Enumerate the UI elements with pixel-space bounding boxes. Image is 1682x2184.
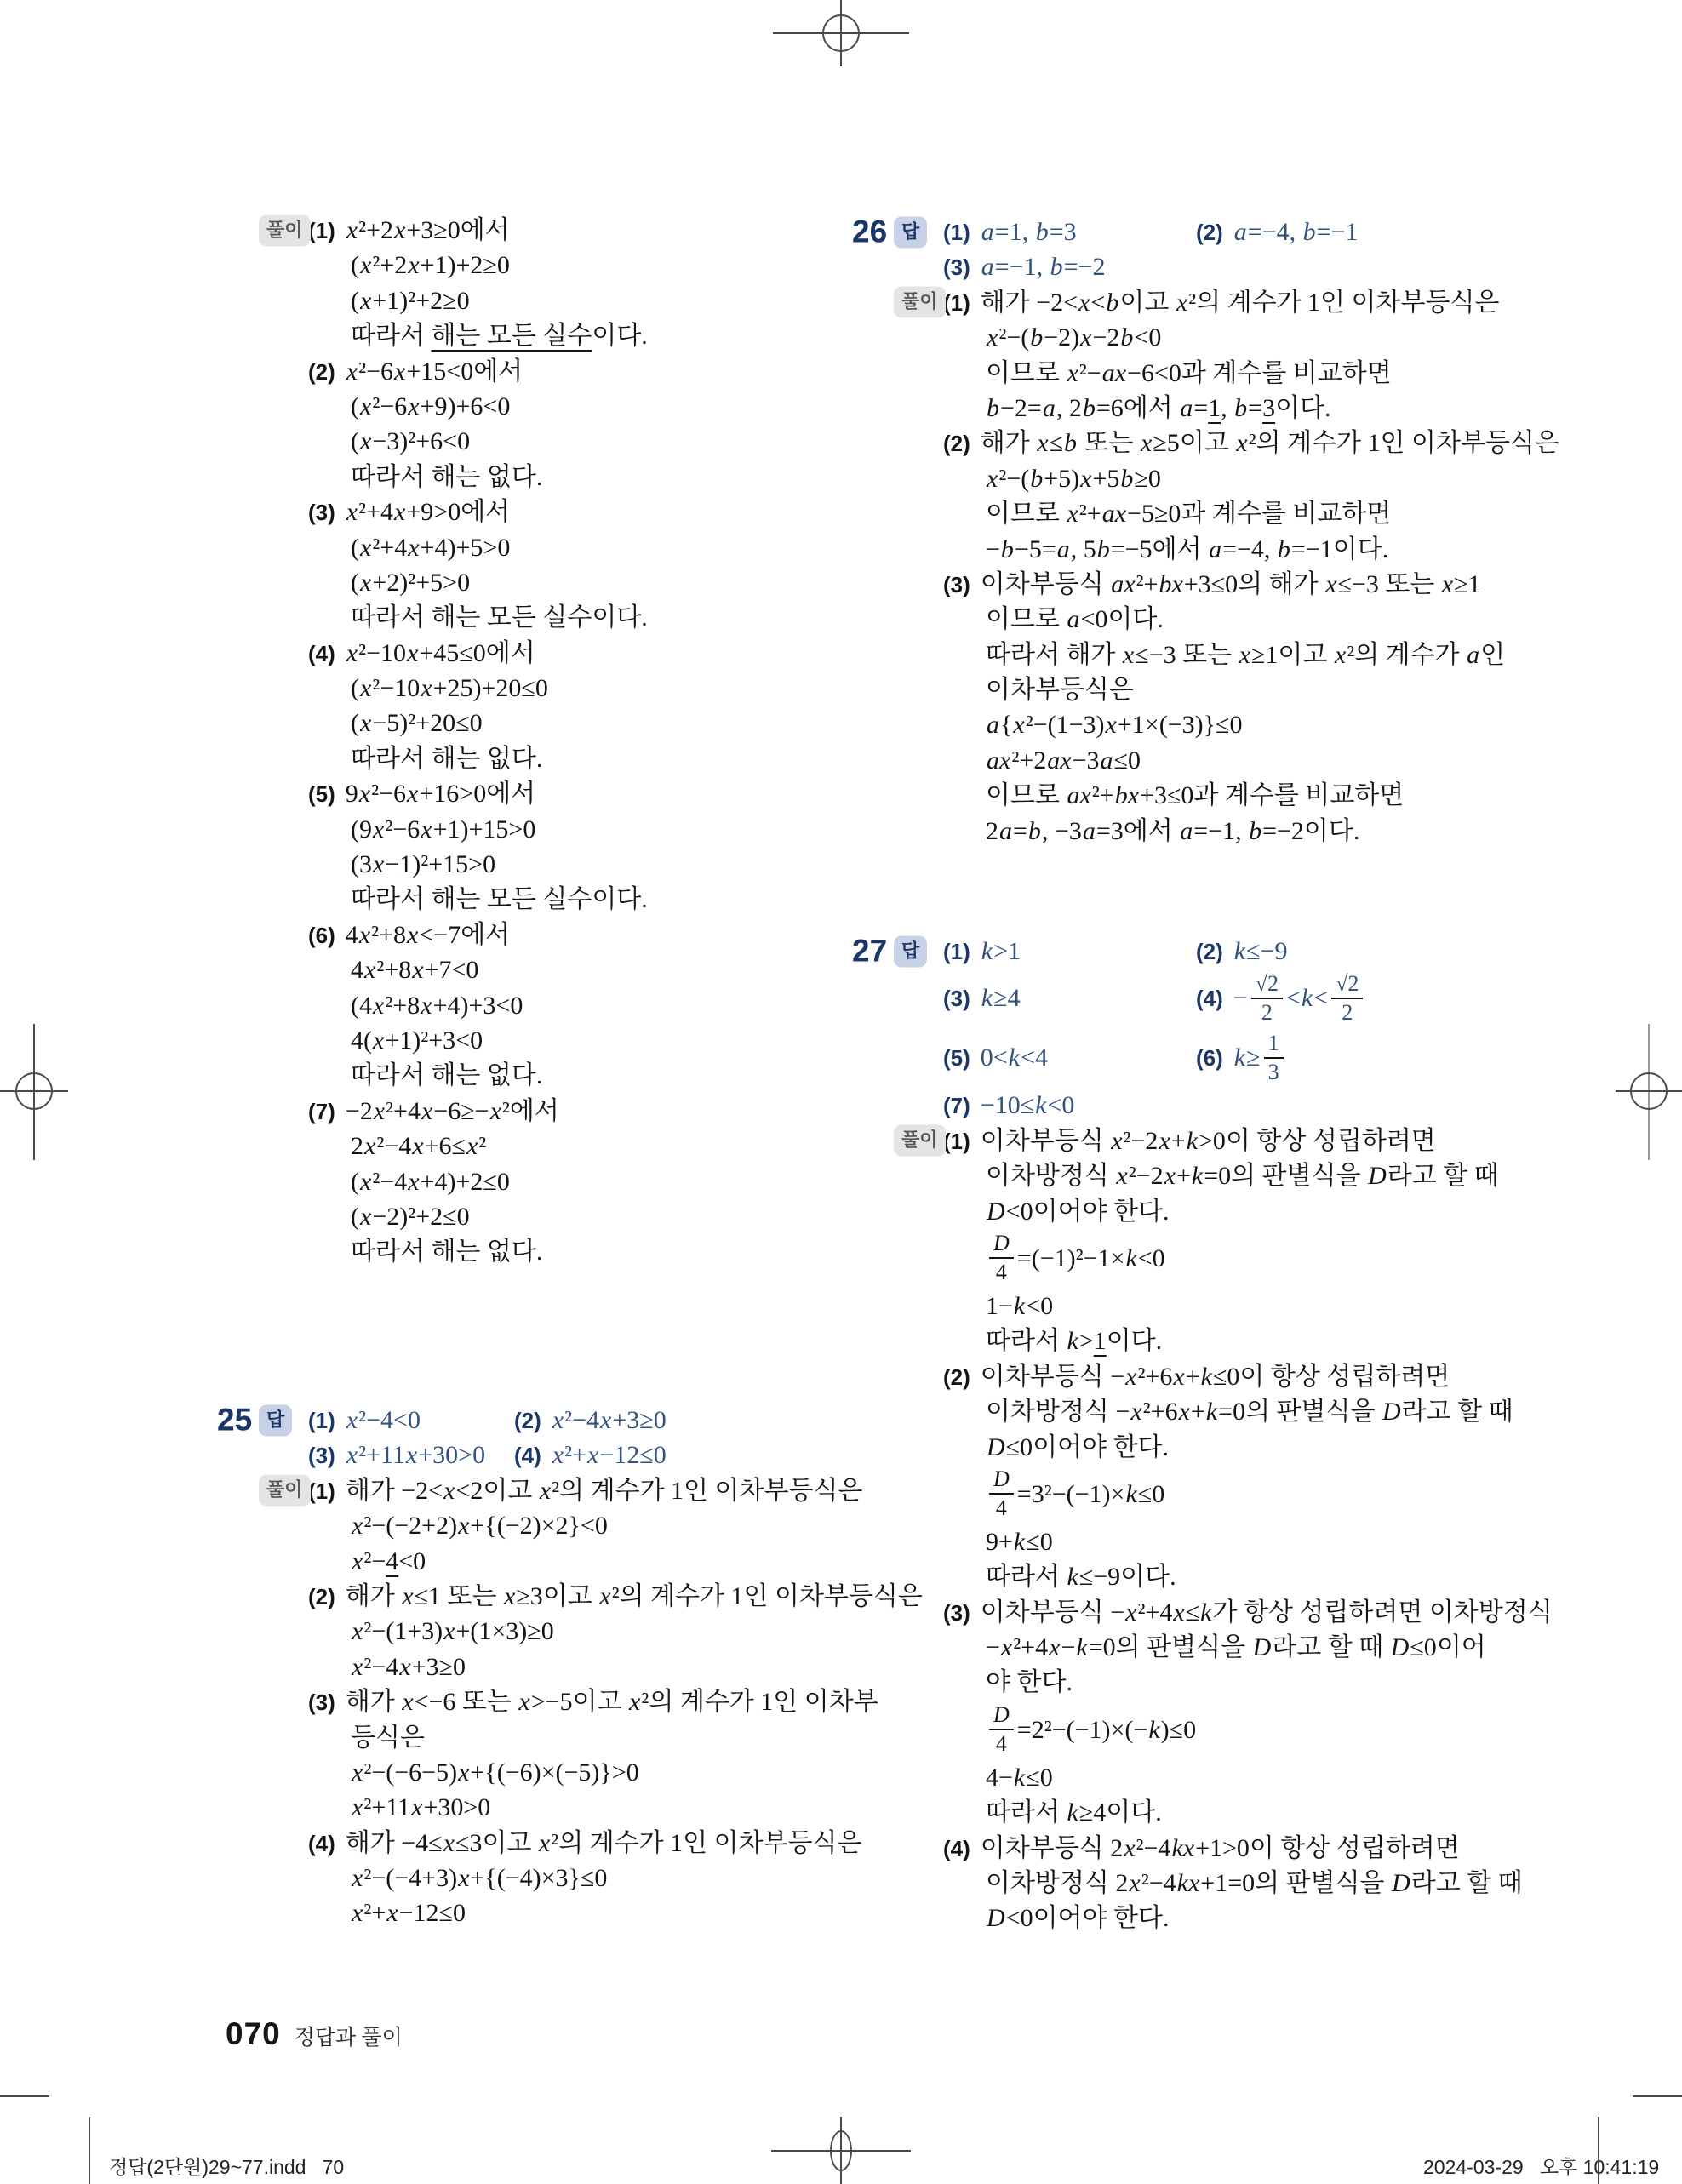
solution-line: 9+k≤0 bbox=[943, 1524, 1441, 1559]
text-segment: 따라서 해가 bbox=[986, 641, 1122, 669]
text-segment: 이어야 한다. bbox=[1033, 1433, 1169, 1461]
text-segment: 이다. bbox=[1106, 1798, 1161, 1827]
math-segment: x<−6 bbox=[401, 1688, 455, 1716]
solution-line: (x²+2x+1)+2≥0 bbox=[308, 248, 802, 283]
text-segment: 에서 bbox=[461, 216, 510, 244]
problem-number: 25 bbox=[217, 1402, 252, 1437]
text-segment: 이차방정식 bbox=[986, 1398, 1115, 1426]
math-segment: (9x²−6x+1)+15>0 bbox=[351, 815, 535, 843]
math-segment: a=1, b=3 bbox=[981, 218, 1077, 246]
solution-line: (x−2)²+2≤0 bbox=[308, 1199, 802, 1234]
math-segment: D bbox=[1367, 1162, 1387, 1190]
solution-line: (6)4x²+8x<−7에서 bbox=[308, 918, 802, 952]
math-segment: D bbox=[1252, 1633, 1273, 1661]
problem-24-solution-block: 풀이(1)x²+2x+3≥0에서(x²+2x+1)+2≥0(x+1)²+2≥0따… bbox=[308, 213, 802, 1270]
problem-26-block: 26답(1)a=1, b=3(2)a=−4, b=−1(3)a=−1, b=−2… bbox=[943, 214, 1441, 849]
underlined-answer: 1 bbox=[1094, 1327, 1107, 1355]
text-segment: 가 항상 성립하려면 이차방정식 bbox=[1212, 1598, 1552, 1627]
problem-number: 26 bbox=[852, 214, 887, 249]
page-footer-title: 정답과 풀이 bbox=[295, 2027, 403, 2050]
text-segment: 에서 bbox=[486, 639, 535, 667]
text-segment: 또는 bbox=[1176, 641, 1239, 669]
answer-row: 25답(1)x²−4<0(2)x²−4x+3≥0 bbox=[308, 1403, 802, 1438]
solution-line: 야 한다. bbox=[943, 1665, 1441, 1700]
math-segment: x²−(−4+3)x+{(−4)×3}≤0 bbox=[351, 1864, 607, 1892]
math-segment: a{x²−(1−3)x+1×(−3)}≤0 bbox=[986, 711, 1242, 739]
solution-line: 등식은 bbox=[308, 1720, 802, 1755]
text-segment: 이므로 bbox=[986, 605, 1066, 633]
math-segment: a=−1, b=−2 bbox=[981, 253, 1106, 281]
item-label: (3) bbox=[308, 1689, 335, 1715]
answer-row: 27답(1)k>1(2)k≤−9 bbox=[943, 934, 1441, 969]
answer-cell: (2)k≤−9 bbox=[1196, 934, 1288, 969]
math-segment: −b−5=a, 5b=−5 bbox=[986, 535, 1153, 563]
text-segment: 이고 bbox=[1119, 289, 1175, 317]
solution-line: 이므로 ax²+bx+3≤0과 계수를 비교하면 bbox=[943, 778, 1441, 813]
answer-cell: (2)x²−4x+3≥0 bbox=[514, 1403, 667, 1438]
text-segment: 의 계수가 1인 이차부 bbox=[649, 1688, 878, 1716]
fraction: 13 bbox=[1264, 1031, 1284, 1085]
solution-line: (x²−10x+25)+20≤0 bbox=[308, 671, 802, 706]
math-segment: −2x²+4x−6≥−x² bbox=[346, 1097, 510, 1125]
text-segment: 에서 bbox=[1153, 535, 1208, 563]
text-segment: 이므로 bbox=[986, 781, 1066, 809]
text-segment: 따라서 해는 없다. bbox=[351, 1238, 542, 1266]
math-segment: (x−5)²+20≤0 bbox=[351, 709, 483, 737]
solution-line: 풀이(1)이차부등식 x²−2x+k>0이 항상 성립하려면 bbox=[943, 1123, 1441, 1158]
math-segment: x≤−3 bbox=[1324, 570, 1379, 598]
text-segment: 라고 할 때 bbox=[1272, 1633, 1389, 1661]
math-segment: , b= bbox=[1221, 394, 1262, 422]
text-segment: 따라서 bbox=[986, 1563, 1066, 1591]
fraction-denominator: 2 bbox=[1261, 999, 1273, 1026]
solution-line: 이므로 x²+ax−5≥0과 계수를 비교하면 bbox=[943, 496, 1441, 531]
text-segment: 의 계수가 1인 이차부등식은 bbox=[1196, 289, 1499, 317]
math-segment: D<0 bbox=[986, 1198, 1033, 1226]
text-segment: 과 계수를 비교하면 bbox=[1181, 500, 1391, 528]
text-segment: 이고 bbox=[482, 1829, 537, 1857]
math-segment: x²+ax−5≥0 bbox=[1066, 500, 1181, 528]
text-segment: 해가 bbox=[346, 1688, 401, 1716]
math-segment: (4x²+8x+4)+3<0 bbox=[351, 992, 523, 1020]
solution-line: 따라서 해는 없다. bbox=[308, 741, 802, 776]
math-segment: x²−4x+3≥0 bbox=[552, 1406, 667, 1434]
fraction-denominator: 3 bbox=[1268, 1059, 1279, 1085]
text-segment: 의 판별식을 bbox=[1231, 1162, 1367, 1190]
solution-line: 따라서 해는 모든 실수이다. bbox=[308, 882, 802, 917]
solution-line: −x²+4x−k=0의 판별식을 D라고 할 때 D≤0이어 bbox=[943, 1630, 1441, 1665]
fraction-numerator: √2 bbox=[1331, 971, 1363, 999]
solution-line: 따라서 해는 없다. bbox=[308, 460, 802, 495]
text-segment: 따라서 해는 없다. bbox=[351, 745, 542, 773]
fraction-numerator: √2 bbox=[1251, 971, 1283, 999]
text-segment: 해가 bbox=[346, 1582, 401, 1610]
solution-line: 1−k<0 bbox=[943, 1289, 1441, 1324]
text-segment: 이고 bbox=[1180, 429, 1235, 457]
solution-line: x²−(b+5)x+5b≥0 bbox=[943, 461, 1441, 496]
math-segment: k>1 bbox=[981, 937, 1021, 965]
math-segment: D bbox=[1391, 1869, 1411, 1897]
item-label: (3) bbox=[943, 572, 970, 597]
text-segment: 에서 bbox=[1124, 817, 1179, 845]
math-segment: k≤−9 bbox=[1066, 1563, 1120, 1591]
math-segment: ax²+bx+3≤0 bbox=[1110, 570, 1238, 598]
text-segment: 의 판별식을 bbox=[1116, 1633, 1252, 1661]
solution-line: D4=(−1)²−1×k<0 bbox=[943, 1229, 1441, 1289]
math-segment: (x²−6x+9)+6<0 bbox=[351, 392, 510, 420]
solution-line: (x+1)²+2≥0 bbox=[308, 283, 802, 318]
math-segment: x≥1 bbox=[1239, 641, 1279, 669]
math-segment: −x²+6x+k≤0 bbox=[1110, 1363, 1239, 1391]
fraction-numerator: D bbox=[989, 1702, 1014, 1730]
answer-cell: (5)0<k<4 bbox=[943, 1028, 1048, 1088]
item-label: (1) bbox=[308, 218, 335, 243]
math-segment: 4(x+1)²+3<0 bbox=[351, 1026, 483, 1055]
math-segment: x²−(−2+2)x+{(−2)×2}<0 bbox=[351, 1512, 608, 1540]
math-segment: x²−(b+5)x+5b≥0 bbox=[986, 465, 1161, 493]
math-segment: 4x²+8x<−7 bbox=[346, 921, 461, 949]
fraction: √22 bbox=[1251, 971, 1283, 1026]
text-segment: 이차부등식 bbox=[981, 1363, 1110, 1391]
solution-line: x²−(1+3)x+(1×3)≥0 bbox=[308, 1614, 802, 1649]
math-segment: x≥1 bbox=[1441, 570, 1481, 598]
math-segment: a bbox=[1466, 641, 1480, 669]
answer-badge: 답 bbox=[894, 216, 927, 248]
item-label: (4) bbox=[1196, 986, 1223, 1011]
math-segment: (x−2)²+2≤0 bbox=[351, 1203, 470, 1231]
math-segment: x²−6x+15<0 bbox=[346, 357, 473, 386]
answer-row: (5)0<k<4(6)k≥13 bbox=[943, 1028, 1441, 1088]
solution-line: b−2=a, 2b=6에서 a=1, b=3이다. bbox=[943, 391, 1441, 426]
math-segment: x² bbox=[1334, 641, 1354, 669]
solution-line: x²−4x+3≥0 bbox=[308, 1649, 802, 1684]
math-segment: x² bbox=[598, 1582, 619, 1610]
math-segment: x≥3 bbox=[503, 1582, 543, 1610]
solution-line: 따라서 k≥4이다. bbox=[943, 1795, 1441, 1830]
text-segment: 야 한다. bbox=[986, 1668, 1073, 1696]
math-segment: x²−(b−2)x−2b<0 bbox=[986, 323, 1161, 352]
fraction-denominator: 4 bbox=[996, 1730, 1007, 1757]
math-segment: x²+4x+9>0 bbox=[346, 498, 461, 526]
solution-line: 따라서 해가 x≤−3 또는 x≥1이고 x²의 계수가 a인 bbox=[943, 637, 1441, 672]
text-segment: 해가 bbox=[981, 289, 1036, 317]
solution-line: a{x²−(1−3)x+1×(−3)}≤0 bbox=[943, 707, 1441, 742]
item-label: (3) bbox=[308, 500, 335, 525]
solution-line: 따라서 해는 없다. bbox=[308, 1058, 802, 1093]
solution-line: −b−5=a, 5b=−5에서 a=−4, b=−1이다. bbox=[943, 532, 1441, 567]
text-segment: 따라서 해는 모든 실수이다. bbox=[351, 885, 648, 913]
math-segment: (3x−1)²+15>0 bbox=[351, 850, 495, 878]
solution-badge: 풀이 bbox=[259, 1475, 311, 1507]
solution-line: (3)x²+4x+9>0에서 bbox=[308, 495, 802, 529]
math-segment: x≤−3 bbox=[1122, 641, 1176, 669]
page-number: 070 bbox=[226, 2016, 281, 2051]
solution-line: (x+2)²+5>0 bbox=[308, 565, 802, 600]
math-segment: (x+1)²+2≥0 bbox=[351, 287, 470, 315]
answer-cell: (3)a=−1, b=−2 bbox=[943, 249, 1105, 284]
solution-line: (5)9x²−6x+16>0에서 bbox=[308, 776, 802, 811]
solution-line: (3x−1)²+15>0 bbox=[308, 847, 802, 882]
solution-line: x²−4<0 bbox=[308, 1544, 802, 1579]
solution-line: (2)이차부등식 −x²+6x+k≤0이 항상 성립하려면 bbox=[943, 1359, 1441, 1394]
math-segment: 4−k≤0 bbox=[986, 1764, 1053, 1792]
answer-row: (3)k≥4(4)−√22<k<√22 bbox=[943, 969, 1441, 1028]
math-segment: x²−2x+k=0 bbox=[1115, 1162, 1231, 1190]
math-segment: 9+k≤0 bbox=[986, 1528, 1053, 1556]
item-label: (5) bbox=[943, 1045, 970, 1071]
text-segment: 이 항상 성립하려면 bbox=[1226, 1127, 1436, 1155]
answer-row: (3)a=−1, b=−2 bbox=[943, 249, 1441, 284]
text-segment: 이다. bbox=[1333, 535, 1388, 563]
item-label: (1) bbox=[308, 1408, 335, 1433]
underlined-answer: 4 bbox=[386, 1547, 398, 1575]
fraction-numerator: D bbox=[989, 1466, 1014, 1495]
solution-line: (x²−4x+4)+2≤0 bbox=[308, 1164, 802, 1199]
text-segment: 의 계수가 1인 이차부등식은 bbox=[559, 1477, 862, 1505]
item-label: (4) bbox=[514, 1443, 541, 1468]
solution-line: 따라서 해는 없다. bbox=[308, 1234, 802, 1269]
math-segment: 4x²+8x+7<0 bbox=[351, 956, 478, 984]
text-segment: 이차방정식 bbox=[986, 1162, 1115, 1190]
solution-line: 따라서 k≤−9이다. bbox=[943, 1559, 1441, 1594]
math-segment: =2²−(−1)×(−k)≤0 bbox=[1017, 1716, 1196, 1744]
solution-badge: 풀이 bbox=[259, 214, 311, 246]
item-label: (4) bbox=[308, 1831, 335, 1856]
answer-cell: (6)k≥13 bbox=[1196, 1028, 1287, 1088]
math-segment: x≤b bbox=[1036, 429, 1078, 457]
item-label: (2) bbox=[514, 1408, 541, 1433]
math-segment: k≥ bbox=[1233, 1043, 1261, 1072]
text-segment: 이므로 bbox=[986, 500, 1066, 528]
solution-line: 4x²+8x+7<0 bbox=[308, 952, 802, 987]
solution-line: 4−k≤0 bbox=[943, 1760, 1441, 1795]
text-segment: 이다. bbox=[1107, 605, 1163, 633]
solution-line: 이차방정식 −x²+6x+k=0의 판별식을 D라고 할 때 bbox=[943, 1394, 1441, 1429]
item-label: (2) bbox=[308, 359, 335, 385]
math-segment: (x²−4x+4)+2≤0 bbox=[351, 1168, 510, 1196]
fraction-denominator: 4 bbox=[996, 1259, 1007, 1285]
math-segment: ax²+bx+3≤0 bbox=[1066, 781, 1193, 809]
item-label: (3) bbox=[308, 1443, 335, 1468]
solution-line: (x²+4x+4)+5>0 bbox=[308, 530, 802, 565]
math-segment: 2x²−4kx+1>0 bbox=[1110, 1834, 1250, 1862]
text-segment: 이어야 한다. bbox=[1033, 1904, 1170, 1932]
answer-row: (7)−10≤k<0 bbox=[943, 1088, 1441, 1123]
answer-row: (3)x²+11x+30>0(4)x²+x−12≤0 bbox=[308, 1438, 802, 1472]
fraction: √22 bbox=[1331, 971, 1363, 1026]
text-segment: 에서 bbox=[1124, 394, 1179, 422]
math-segment: x²−(−6−5)x+{(−6)×(−5)}>0 bbox=[351, 1758, 639, 1787]
text-segment: 이다. bbox=[1120, 1563, 1176, 1591]
solution-line: D<0이어야 한다. bbox=[943, 1901, 1441, 1935]
item-label: (1) bbox=[308, 1478, 335, 1504]
text-segment: 이고 bbox=[1278, 641, 1333, 669]
math-segment: −x²+4x−k=0 bbox=[986, 1633, 1116, 1661]
fraction-denominator: 2 bbox=[1342, 999, 1353, 1026]
solution-line: D4=2²−(−1)×(−k)≤0 bbox=[943, 1701, 1441, 1760]
math-segment: −4≤x≤3 bbox=[401, 1829, 482, 1857]
solution-line: (9x²−6x+1)+15>0 bbox=[308, 812, 802, 847]
math-segment: x² bbox=[1176, 289, 1196, 317]
text-segment: 에서 bbox=[473, 357, 523, 386]
solution-line: 이므로 x²−ax−6<0과 계수를 비교하면 bbox=[943, 356, 1441, 391]
text-segment: 의 계수가 bbox=[1354, 641, 1466, 669]
answer-cell: (3)k≥4 bbox=[943, 969, 1021, 1028]
answer-cell: (7)−10≤k<0 bbox=[943, 1088, 1074, 1123]
item-label: (2) bbox=[943, 431, 970, 456]
text-segment: 라고 할 때 bbox=[1411, 1869, 1523, 1897]
text-segment: 해가 bbox=[346, 1829, 401, 1857]
answer-cell: (1)a=1, b=3 bbox=[943, 214, 1077, 249]
math-segment: x²−4x+3≥0 bbox=[351, 1653, 466, 1681]
text-segment: 이고 bbox=[573, 1688, 628, 1716]
math-segment: x≤1 bbox=[401, 1582, 441, 1610]
text-segment: 이차부등식 bbox=[981, 1127, 1110, 1155]
math-segment: x²+2x+3≥0 bbox=[346, 216, 461, 244]
print-footer-datetime: 2024-03-29 오후 10:41:19 bbox=[1423, 2152, 1659, 2180]
text-segment: 이다. bbox=[1275, 394, 1330, 422]
text-segment: 라고 할 때 bbox=[1387, 1162, 1499, 1190]
solution-line: D4=3²−(−1)×k≤0 bbox=[943, 1465, 1441, 1524]
text-segment: 이 항상 성립하려면 bbox=[1239, 1363, 1450, 1391]
math-segment: <0 bbox=[398, 1547, 426, 1575]
math-segment: −2<x<2 bbox=[401, 1477, 483, 1505]
solution-line: x²−(−4+3)x+{(−4)×3}≤0 bbox=[308, 1861, 802, 1895]
solution-line: (x²−6x+9)+6<0 bbox=[308, 389, 802, 424]
math-segment: (x+2)²+5>0 bbox=[351, 569, 470, 597]
answer-badge: 답 bbox=[259, 1404, 292, 1436]
fraction-numerator: D bbox=[989, 1231, 1014, 1259]
text-segment: 이차부등식 bbox=[981, 1598, 1110, 1627]
solution-line: x²−(−6−5)x+{(−6)×(−5)}>0 bbox=[308, 1755, 802, 1790]
solution-line: (3)이차부등식 ax²+bx+3≤0의 해가 x≤−3 또는 x≥1 bbox=[943, 567, 1441, 602]
math-segment: −2<x<b bbox=[1036, 289, 1119, 317]
item-label: (5) bbox=[308, 781, 335, 807]
math-segment: =3²−(−1)×k≤0 bbox=[1017, 1480, 1164, 1508]
math-segment: (x²−10x+25)+20≤0 bbox=[351, 674, 548, 702]
text-segment: 이차방정식 bbox=[986, 1869, 1115, 1897]
item-label: (1) bbox=[943, 290, 970, 316]
math-segment: x²+11x+30>0 bbox=[346, 1441, 485, 1469]
math-segment: x²−4<0 bbox=[346, 1406, 420, 1434]
solution-line: D<0이어야 한다. bbox=[943, 1194, 1441, 1229]
item-label: (6) bbox=[308, 923, 335, 948]
item-label: (2) bbox=[1196, 939, 1223, 964]
solution-badge: 풀이 bbox=[894, 287, 946, 318]
problem-number: 27 bbox=[852, 933, 887, 968]
text-segment: 이차부등식 bbox=[981, 1834, 1110, 1862]
text-segment: 이다. bbox=[1107, 1327, 1162, 1355]
item-label: (4) bbox=[943, 1836, 970, 1861]
item-label: (2) bbox=[1196, 220, 1223, 245]
math-segment: x²−ax−6<0 bbox=[1066, 359, 1181, 387]
solution-line: (4x²+8x+4)+3<0 bbox=[308, 988, 802, 1023]
text-segment: 또는 bbox=[455, 1688, 518, 1716]
text-segment: 따라서 해는 모든 실수이다. bbox=[351, 603, 648, 632]
fraction: D4 bbox=[989, 1702, 1014, 1757]
item-label: (7) bbox=[943, 1093, 970, 1118]
math-segment: k> bbox=[1066, 1327, 1093, 1355]
text-segment: 과 계수를 비교하면 bbox=[1181, 359, 1392, 387]
math-segment: D≤0 bbox=[1390, 1633, 1437, 1661]
solution-line: 따라서 k>1이다. bbox=[943, 1324, 1441, 1358]
item-label: (7) bbox=[308, 1099, 335, 1124]
text-segment: 에서 bbox=[461, 921, 510, 949]
math-segment: x²−10x+45≤0 bbox=[346, 639, 486, 667]
math-segment: k≤−9 bbox=[1233, 937, 1288, 965]
text-segment: 의 판별식을 bbox=[1255, 1869, 1391, 1897]
solution-line: D≤0이어야 한다. bbox=[943, 1430, 1441, 1465]
math-segment: x² bbox=[1235, 429, 1256, 457]
text-segment: 에서 bbox=[461, 498, 510, 526]
answer-cell: (1)k>1 bbox=[943, 934, 1021, 969]
text-segment: 에서 bbox=[486, 780, 535, 808]
text-segment: 이차부등식은 bbox=[986, 676, 1134, 704]
text-segment: 또는 bbox=[441, 1582, 503, 1610]
math-segment: −10≤k<0 bbox=[981, 1091, 1075, 1119]
text-segment: 의 판별식을 bbox=[1245, 1398, 1382, 1426]
text-segment: 또는 bbox=[1379, 570, 1441, 598]
math-segment: a=−4, b=−1 bbox=[1208, 535, 1333, 563]
page-footer: 070정답과 풀이 bbox=[219, 1968, 403, 2012]
text-segment: 의 해가 bbox=[1238, 570, 1324, 598]
solution-line: (x−5)²+20≤0 bbox=[308, 706, 802, 740]
underlined-answer: 해는 모든 실수 bbox=[431, 322, 592, 350]
math-segment: k≥4 bbox=[1066, 1798, 1106, 1827]
math-segment: x²+11x+30>0 bbox=[351, 1793, 490, 1821]
text-segment: 의 계수가 1인 이차부등식은 bbox=[558, 1829, 861, 1857]
item-label: (4) bbox=[308, 641, 335, 666]
solution-line: (2)해가 x≤1 또는 x≥3이고 x²의 계수가 1인 이차부등식은 bbox=[308, 1579, 802, 1614]
fraction-numerator: 1 bbox=[1264, 1031, 1284, 1059]
answer-cell: (2)a=−4, b=−1 bbox=[1196, 214, 1358, 249]
solution-line: (4)x²−10x+45≤0에서 bbox=[308, 636, 802, 671]
text-segment: 등식은 bbox=[351, 1724, 425, 1752]
math-segment: (x−3)²+6<0 bbox=[351, 427, 470, 455]
solution-line: (2)x²−6x+15<0에서 bbox=[308, 354, 802, 389]
math-segment: x≥5 bbox=[1140, 429, 1180, 457]
text-segment: 해가 bbox=[981, 429, 1036, 457]
answer-cell: (1)x²−4<0 bbox=[308, 1403, 420, 1438]
text-segment: 이다. bbox=[592, 322, 647, 350]
solution-line: (2)해가 x≤b 또는 x≥5이고 x²의 계수가 1인 이차부등식은 bbox=[943, 426, 1441, 460]
text-segment: 따라서 bbox=[351, 322, 431, 350]
math-segment: 9x²−6x+16>0 bbox=[346, 780, 486, 808]
item-label: (3) bbox=[943, 1600, 970, 1626]
solution-line: 4(x+1)²+3<0 bbox=[308, 1023, 802, 1058]
solution-line: 2a=b, −3a=3에서 a=−1, b=−2이다. bbox=[943, 814, 1441, 849]
item-label: (1) bbox=[943, 220, 970, 245]
item-label: (3) bbox=[943, 986, 970, 1011]
solution-line: 이므로 a<0이다. bbox=[943, 602, 1441, 637]
solution-line: x²−(−2+2)x+{(−2)×2}<0 bbox=[308, 1508, 802, 1543]
math-segment: x² bbox=[539, 1477, 559, 1505]
math-segment: D bbox=[1382, 1398, 1402, 1426]
math-segment: x²+x−12≤0 bbox=[351, 1899, 466, 1927]
text-segment: 이고 bbox=[483, 1477, 538, 1505]
solution-line: x²−(b−2)x−2b<0 bbox=[943, 320, 1441, 355]
math-segment: (x²+2x+1)+2≥0 bbox=[351, 251, 510, 279]
math-segment: a<0 bbox=[1066, 605, 1107, 633]
answer-row: 26답(1)a=1, b=3(2)a=−4, b=−1 bbox=[943, 214, 1441, 249]
math-segment: 0<k<4 bbox=[981, 1043, 1048, 1072]
solution-line: (x−3)²+6<0 bbox=[308, 424, 802, 459]
text-segment: 따라서 해는 없다. bbox=[351, 463, 542, 491]
solution-line: (4)해가 −4≤x≤3이고 x²의 계수가 1인 이차부등식은 bbox=[308, 1826, 802, 1861]
solution-line: 이차부등식은 bbox=[943, 672, 1441, 707]
text-segment: 이어야 한다. bbox=[1033, 1198, 1170, 1226]
solution-line: 풀이(1)x²+2x+3≥0에서 bbox=[308, 213, 802, 248]
